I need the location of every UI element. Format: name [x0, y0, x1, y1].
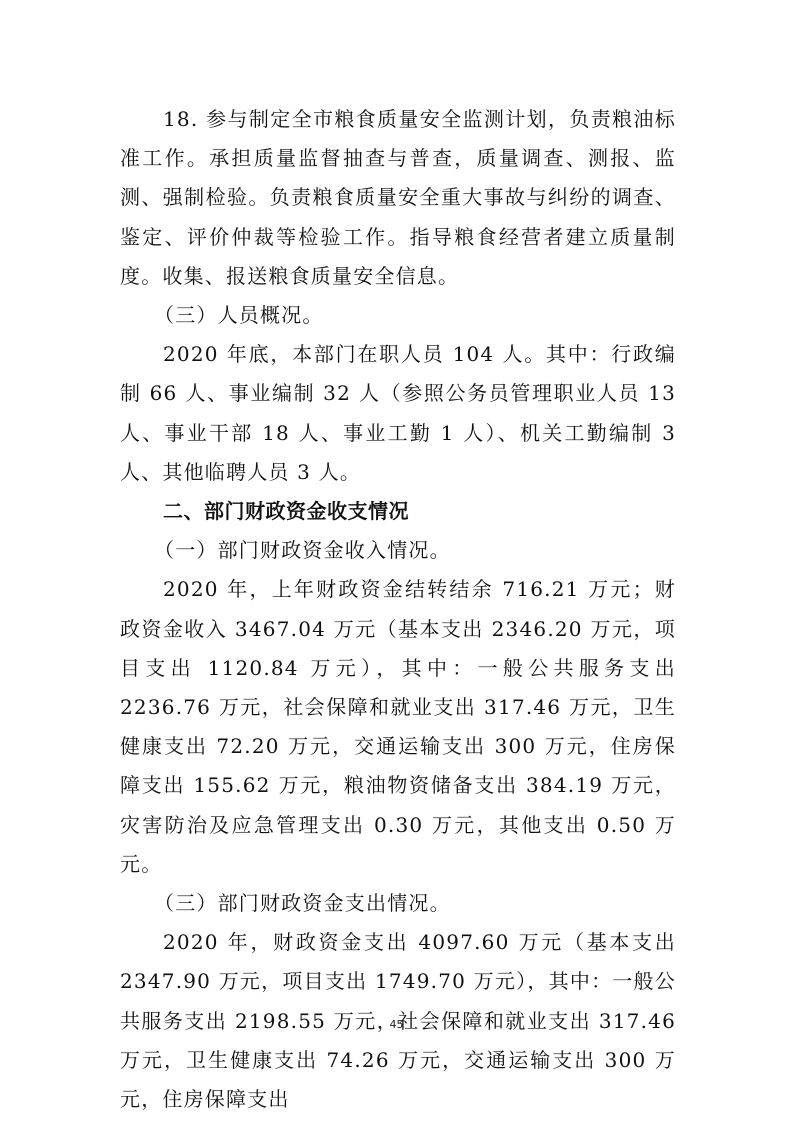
section-heading-finance: 二、部门财政资金收支情况	[120, 492, 676, 531]
subheading-staff-overview: （三）人员概况。	[120, 296, 676, 335]
subheading-income: （一）部门财政资金收入情况。	[120, 531, 676, 570]
paragraph-staff-overview: 2020 年底，本部门在职人员 104 人。其中：行政编制 66 人、事业编制 …	[120, 335, 676, 492]
document-page: 18. 参与制定全市粮食质量安全监测计划，负责粮油标准工作。承担质量监督抽查与普…	[120, 100, 676, 1119]
paragraph-item-18: 18. 参与制定全市粮食质量安全监测计划，负责粮油标准工作。承担质量监督抽查与普…	[120, 100, 676, 296]
paragraph-income: 2020 年，上年财政资金结转结余 716.21 万元；财政资金收入 3467.…	[120, 570, 676, 884]
page-number: 45	[0, 1018, 793, 1031]
subheading-expense: （三）部门财政资金支出情况。	[120, 884, 676, 923]
